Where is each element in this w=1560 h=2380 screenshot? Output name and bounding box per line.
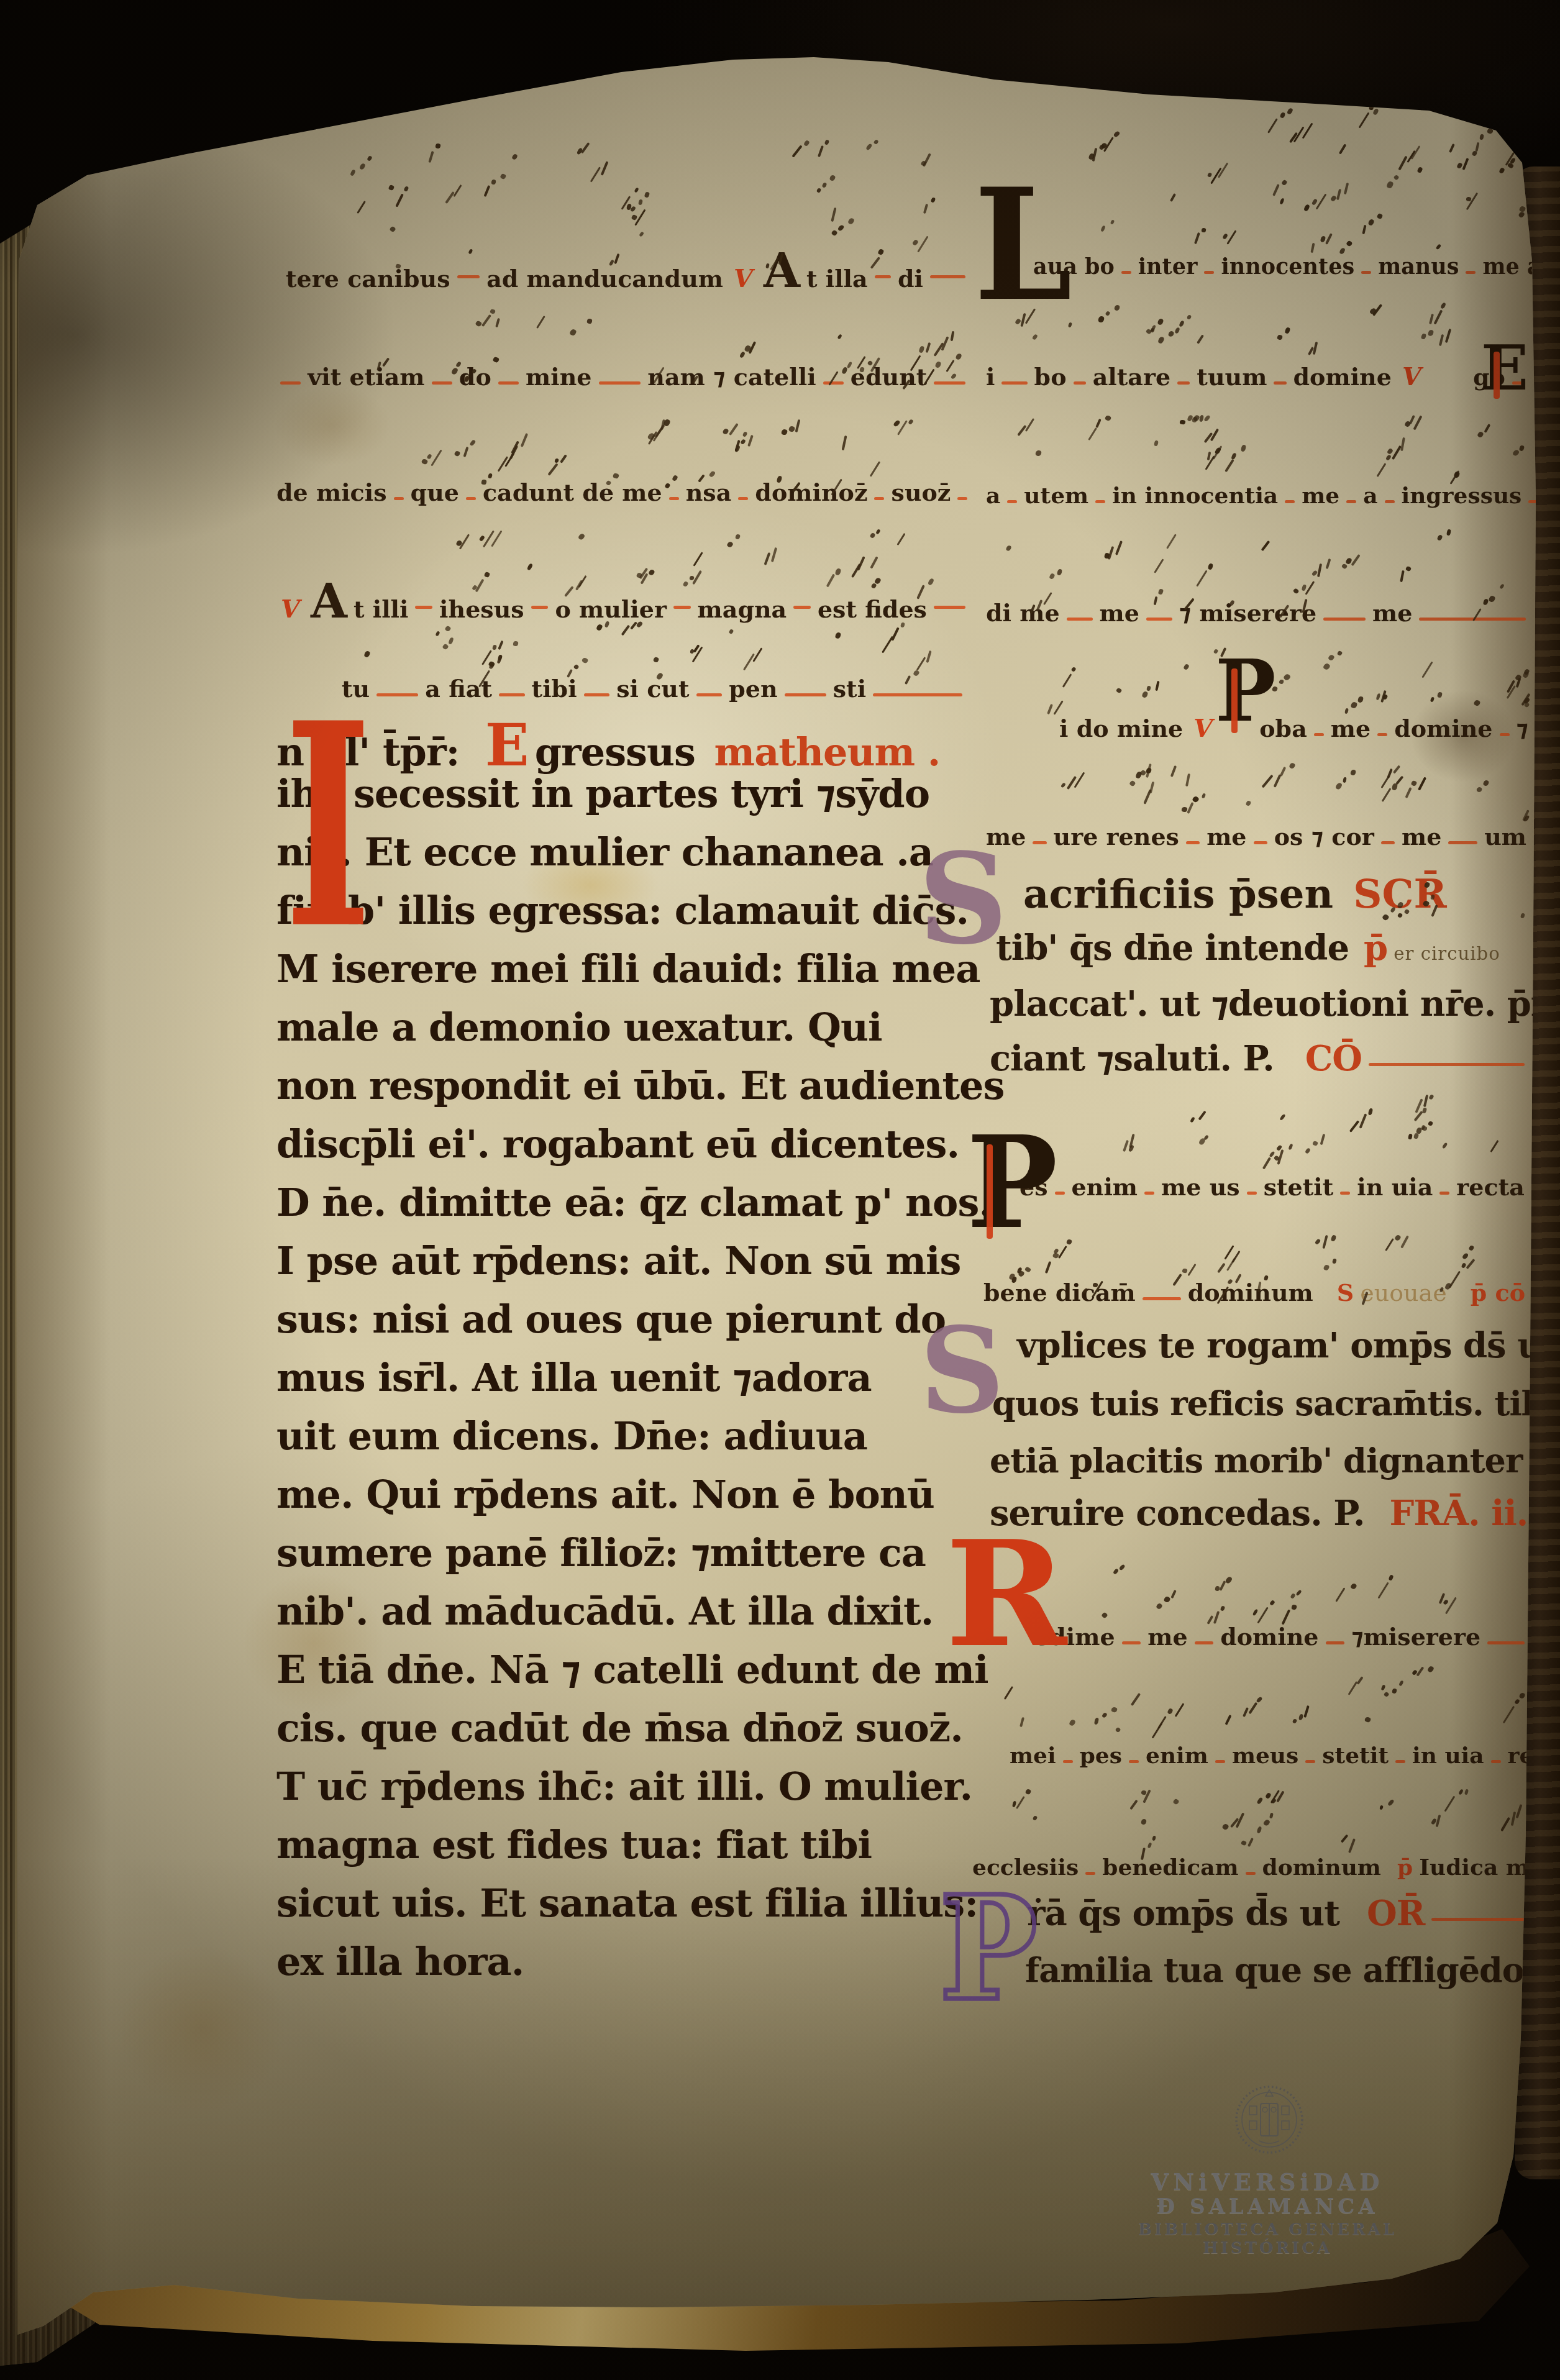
neume-mark (1344, 708, 1349, 714)
neume-mark (573, 664, 580, 670)
neume-mark (873, 139, 878, 145)
neume-mark (1348, 1838, 1356, 1853)
neume-mark (547, 463, 558, 476)
red-filler-line (1369, 1063, 1525, 1066)
neume-mark (1129, 780, 1136, 787)
neume-mark (1456, 162, 1462, 169)
neume-mark (1068, 1718, 1075, 1726)
word: I pse aūt rp̄dens: ait. Non sū mis (276, 1242, 960, 1280)
neume-mark (578, 533, 586, 541)
neume-mark (1101, 1612, 1108, 1618)
neume-mark (1241, 1840, 1247, 1846)
initial-red-stripe (1494, 352, 1500, 399)
neume-mark (1114, 304, 1120, 311)
text-line-rc11: ecclesiisbenedicamdominump̄Iudica me d̄S… (969, 1856, 1528, 1879)
neume-mark (1021, 313, 1026, 327)
neume-mark (1262, 1157, 1271, 1170)
stamp-library-name: BIBLIOTECA GENERAL HISTÓRICA (1081, 2220, 1454, 2258)
gospel-line-g14: me. Qui rp̄dens ait. Non ē bonū (273, 1475, 975, 1514)
neume-mark (726, 540, 734, 548)
neume-mark (1364, 1717, 1371, 1723)
neume-mark (1444, 1795, 1456, 1812)
neume-mark (1331, 1234, 1336, 1241)
neume-mark (1518, 1692, 1525, 1699)
neume-mark (923, 153, 931, 166)
neume-mark (1184, 598, 1195, 611)
neume-mark (1501, 108, 1505, 114)
inline-capital: A (311, 578, 347, 625)
red-filler-line (1314, 733, 1324, 736)
neume-mark (1311, 199, 1317, 206)
neume-mark (916, 657, 926, 671)
word: a (986, 485, 1000, 507)
neume-band (351, 621, 969, 677)
neume-mark (1269, 1812, 1274, 1818)
word: meus (1232, 1744, 1298, 1767)
neume-mark (1187, 802, 1193, 814)
neume-mark (481, 314, 491, 327)
neume-mark (445, 191, 455, 204)
red-filler-line (1385, 500, 1395, 503)
neume-mark (1437, 691, 1443, 698)
text-line-p2: quos tuis reficis sacram̄tis. tibi (989, 1387, 1528, 1420)
neume-mark (454, 450, 460, 457)
neume-mark (500, 173, 507, 180)
neume-mark (956, 353, 963, 361)
rubric: OR̄ (1367, 1896, 1425, 1931)
word: tib' q̄s dn̄e intende (996, 931, 1349, 965)
neume-mark (1217, 1263, 1226, 1274)
neume-mark (1323, 1235, 1328, 1249)
neume-mark (1057, 568, 1062, 575)
neume-mark (1241, 444, 1246, 452)
neume-mark (951, 331, 955, 341)
neume-mark (497, 658, 501, 664)
neume-mark (1400, 570, 1405, 583)
gospel-line-g8: discp̄li ei'. rogabant eū dicentes. (273, 1125, 975, 1164)
neume-mark (475, 320, 483, 327)
neume-mark (917, 236, 928, 253)
neume-mark (1111, 1707, 1118, 1713)
neume-mark (1513, 142, 1520, 148)
neume-mark (451, 367, 458, 375)
illuminated-initial-svplices: S (919, 1323, 1005, 1418)
neume-mark (1380, 1684, 1385, 1690)
neume-mark (1287, 107, 1293, 115)
neume-mark (1390, 906, 1396, 913)
neume-mark (1475, 142, 1479, 151)
word: me (1147, 1625, 1187, 1649)
neume-mark (1316, 563, 1321, 578)
word: pes (1080, 1744, 1122, 1767)
red-filler-line (669, 497, 679, 500)
neume-mark (1392, 783, 1398, 791)
neume-mark (1279, 679, 1284, 685)
neume-mark (614, 253, 620, 264)
neume-mark (1359, 1113, 1367, 1128)
neume-mark (1339, 144, 1347, 155)
red-filler-line (1085, 1872, 1095, 1875)
neume-mark (1166, 534, 1177, 549)
neume-mark (1047, 704, 1053, 715)
neume-mark (764, 552, 771, 565)
neume-mark (1225, 1715, 1231, 1725)
neume-mark (1449, 1271, 1461, 1288)
neume-mark (468, 248, 473, 254)
red-filler-line (1204, 271, 1214, 274)
gospel-line-g11: sus: nisi ad oues que pierunt do (273, 1300, 975, 1339)
neume-mark (1207, 172, 1213, 178)
neume-mark (1203, 414, 1211, 422)
neume-mark (1462, 158, 1469, 170)
neume-mark (1123, 1140, 1129, 1152)
red-filler-line (466, 497, 476, 500)
neume-mark (698, 475, 706, 483)
neume-mark (1113, 1568, 1119, 1575)
neume-mark (376, 361, 381, 370)
neume-mark (1158, 588, 1164, 595)
neume-mark (1413, 1133, 1419, 1140)
neume-mark (875, 529, 880, 534)
neume-mark (1129, 1800, 1138, 1810)
neume-mark (1227, 230, 1237, 244)
neume-mark (1025, 309, 1036, 324)
illuminated-initial-in-illo-tempore: I (285, 714, 372, 938)
red-filler-line (1466, 271, 1476, 274)
neume-mark (1036, 450, 1042, 457)
neume-mark (1323, 1264, 1331, 1272)
neume-mark (1387, 768, 1393, 778)
neume-mark (426, 454, 432, 460)
neume-mark (1256, 1696, 1263, 1703)
neume-mark (1044, 1261, 1051, 1274)
word: de micis (276, 481, 387, 504)
neume-mark (1154, 559, 1164, 573)
neume-mark (481, 479, 486, 485)
red-filler-line (1381, 841, 1395, 844)
neume-mark (567, 669, 573, 678)
neume-mark (404, 186, 409, 191)
word: tibi (532, 677, 577, 701)
neume-mark (946, 360, 955, 372)
neume-mark (1477, 431, 1484, 439)
word: i do mine (1059, 717, 1183, 741)
neume-mark (926, 342, 931, 353)
neume-mark (1265, 1792, 1271, 1799)
neume-mark (1428, 329, 1435, 337)
neume-mark (1480, 134, 1485, 140)
word: domine (1394, 717, 1492, 741)
text-line-lc5: tua fiattibisi cutpensti (339, 677, 966, 701)
neume-mark (1196, 570, 1207, 586)
gospel-line-g5: M iserere mei fili dauid: filia mea (273, 950, 975, 988)
neume-mark (821, 182, 827, 188)
neume-mark (586, 318, 592, 324)
neume-mark (1199, 415, 1204, 422)
neume-mark (1315, 1238, 1321, 1245)
neume-mark (492, 644, 497, 650)
neume-mark (739, 351, 746, 358)
red-filler-line (1129, 1760, 1139, 1763)
neume-mark (1421, 333, 1426, 340)
neume-mark (488, 473, 493, 478)
neume-mark (1267, 118, 1278, 133)
red-filler-line (1323, 618, 1366, 621)
neume-mark (582, 657, 589, 665)
word: me us (1161, 1175, 1240, 1199)
neume-band (997, 1789, 1528, 1848)
parchment-stain (118, 1945, 286, 2112)
text-line-rc3: autemin innocentiameaingressussum re (983, 485, 1528, 507)
neume-mark (1351, 1583, 1358, 1590)
neume-mark (1362, 224, 1366, 234)
neume-mark (1003, 1686, 1013, 1700)
neume-mark (1516, 1804, 1523, 1819)
neume-mark (1213, 649, 1219, 654)
neume-mark (513, 641, 518, 647)
neume-mark (1270, 1798, 1277, 1804)
neume-mark (1289, 762, 1295, 770)
neume-mark (1016, 1796, 1025, 1809)
neume-mark (803, 140, 810, 147)
neume-mark (1400, 1235, 1409, 1248)
neume-mark (435, 631, 440, 637)
neume-mark (1284, 327, 1290, 334)
neume-mark (1298, 1713, 1304, 1721)
neume-mark (1225, 1576, 1233, 1584)
neume-mark (1110, 220, 1115, 225)
word: t illi (354, 598, 409, 621)
neume-mark (1379, 1805, 1384, 1810)
word: in innocentia (1112, 485, 1278, 507)
red-filler-line (1246, 1872, 1256, 1875)
neume-mark (870, 556, 878, 568)
rubric: p̄ (1364, 931, 1387, 965)
neume-mark (870, 357, 880, 372)
red-filler-line (1431, 1918, 1525, 1921)
manuscript-photo: tere canibusad manducandumVAt illadivit … (0, 0, 1560, 2380)
gospel-line-g19: T uc̄ rp̄dens ihc̄: ait illi. O mulier. (273, 1767, 975, 1806)
red-filler-line (1247, 1192, 1257, 1195)
word: o mulier (555, 598, 666, 621)
word: t illa (806, 267, 868, 291)
neume-mark (621, 624, 630, 636)
red-filler-line (432, 381, 452, 385)
versicle-mark: V (1193, 717, 1213, 742)
neume-mark (795, 419, 801, 432)
word: nib'. ad māducādū. At illa dixit. (276, 1592, 933, 1631)
neume-mark (1096, 419, 1102, 428)
gospel-line-g9: D n̄e. dimitte eā: q̄z clamat p' nos. (273, 1183, 975, 1222)
word: ṙā q̄s omp̄s d̄s ut (1027, 1896, 1339, 1931)
neume-mark (1194, 232, 1200, 244)
neume-mark (1385, 1238, 1394, 1251)
neume-mark (1281, 1609, 1290, 1625)
neume-mark (1153, 596, 1157, 606)
neume-band (1103, 1095, 1528, 1157)
text-line-rc5: i do mineVobamedomine⁊ tempta (1056, 717, 1527, 742)
neume-mark (1261, 775, 1273, 788)
neume-mark (1172, 1274, 1182, 1287)
neume-band (1010, 647, 1528, 706)
neume-mark (1423, 1095, 1428, 1108)
neume-mark (1446, 529, 1451, 536)
neume-mark (1183, 663, 1189, 670)
red-filler-line (1254, 841, 1267, 844)
neume-mark (1336, 189, 1341, 201)
neume-mark (1025, 418, 1034, 432)
word: M iserere mei fili dauid: filia mea (276, 950, 980, 988)
neume-mark (878, 248, 884, 255)
neume-mark (613, 473, 619, 479)
neume-mark (931, 197, 936, 203)
neume-mark (847, 361, 852, 368)
neume-mark (1141, 1818, 1147, 1825)
word: tuum (1197, 365, 1267, 389)
neume-mark (1408, 1133, 1412, 1139)
inline-red-initial: E (465, 716, 528, 774)
word: in uia (1357, 1175, 1433, 1199)
neume-mark (723, 428, 729, 435)
word: dominum (1262, 1856, 1381, 1879)
neume-mark (1418, 777, 1426, 791)
neume-mark (1213, 1610, 1220, 1624)
neume-mark (1413, 1111, 1423, 1122)
word: etiā placitis morib' dignanter de (990, 1444, 1560, 1477)
red-filler-line (1146, 618, 1172, 621)
neume-mark (771, 547, 777, 562)
neume-mark (743, 654, 755, 671)
red-filler-line (1395, 1760, 1405, 1763)
neume-mark (1312, 1141, 1318, 1146)
neume-mark (869, 461, 880, 476)
text-line-rc9: edimemedomine⁊miserere (1031, 1625, 1528, 1649)
neume-mark (1142, 691, 1149, 698)
neume-mark (1291, 1604, 1297, 1610)
neume-mark (900, 622, 905, 627)
neume-mark (1357, 696, 1364, 703)
neume-mark (511, 153, 518, 160)
neume-mark (1440, 303, 1446, 310)
neume-mark (824, 139, 829, 145)
neume-mark (1154, 440, 1159, 446)
red-filler-line (934, 606, 965, 609)
neume-band (351, 529, 969, 588)
neume-mark (470, 439, 477, 446)
neume-mark (1330, 195, 1337, 202)
neume-mark (867, 360, 873, 367)
neume-mark (1431, 894, 1435, 900)
neume-mark (1518, 211, 1525, 219)
word: tere canibus (286, 267, 450, 291)
neume-mark (634, 187, 639, 193)
word: E tiā dn̄e. Nā ⁊ catelli edunt de mi (276, 1651, 988, 1689)
neume-mark (1498, 167, 1505, 174)
neume-mark (1280, 198, 1285, 204)
rubric: matheum . (714, 733, 941, 772)
neume-mark (1388, 1799, 1395, 1806)
neume-mark (1036, 600, 1043, 611)
neume-mark (1396, 775, 1404, 785)
gospel-line-g4: finib' illis egressa: clamauit dic̄s. (273, 891, 975, 930)
word: a (1363, 485, 1377, 507)
word: bo (1034, 365, 1067, 389)
neume-mark (364, 650, 371, 658)
rubric: FRĀ. ii. (1389, 1496, 1528, 1531)
neume-mark (1263, 1819, 1270, 1826)
red-filler-line (599, 381, 641, 385)
word: me (1302, 485, 1339, 507)
neume-mark (1292, 1718, 1298, 1724)
word: os ⁊ cor (1274, 825, 1374, 849)
neume-mark (644, 192, 650, 198)
neume-mark (1156, 1602, 1163, 1610)
neume-mark (1392, 1688, 1397, 1694)
neume-mark (1356, 1676, 1364, 1685)
neume-mark (1302, 584, 1307, 591)
versicle-mark: V (1402, 365, 1421, 390)
neume-mark (1092, 148, 1098, 162)
neume-mark (1439, 334, 1444, 347)
neume-mark (445, 625, 452, 632)
word: sus: nisi ad oues que pierunt do (276, 1300, 946, 1339)
neume-mark (1488, 595, 1495, 603)
neume-mark (1220, 1580, 1226, 1591)
neume-mark (826, 574, 836, 588)
red-filler-line (1177, 381, 1190, 385)
neume-mark (1220, 1605, 1225, 1611)
neume-mark (1430, 696, 1435, 702)
neume-mark (590, 166, 601, 182)
rubric: CŌ (1305, 1041, 1362, 1076)
red-filler-line (1305, 1760, 1315, 1763)
neume-mark (1469, 1245, 1475, 1251)
neume-mark (1074, 772, 1085, 788)
neume-mark (1115, 1726, 1121, 1733)
neume-mark (1280, 766, 1287, 776)
neume-mark (435, 143, 441, 149)
neume-mark (1323, 662, 1331, 670)
word: discp̄li ei'. rogabant eū dicentes. (276, 1125, 959, 1164)
neume-band (370, 304, 969, 376)
neume-mark (1222, 233, 1228, 240)
neume-mark (1152, 1836, 1156, 1841)
neume-mark (866, 143, 873, 150)
neume-mark (841, 367, 847, 374)
neume-mark (638, 199, 643, 205)
neume-mark (569, 328, 577, 336)
gospel-line-g13: uit eum dicens. Dn̄e: adiuua (273, 1417, 975, 1456)
neume-mark (1332, 1259, 1336, 1264)
red-filler-line (1186, 841, 1200, 844)
neume-mark (453, 185, 462, 197)
red-filler-line (1007, 500, 1017, 503)
neume-mark (1335, 1587, 1345, 1602)
neume-mark (359, 163, 366, 170)
neume-mark (1472, 150, 1478, 157)
neume-mark (1192, 416, 1198, 423)
neume-mark (837, 224, 845, 232)
neume-mark (777, 475, 782, 483)
word: vplices te rogam' omp̄s ds̄ ut (1017, 1328, 1558, 1363)
neume-mark (1005, 545, 1012, 552)
neume-mark (1100, 226, 1106, 232)
neume-mark (1519, 445, 1525, 451)
red-filler-line (673, 606, 691, 609)
word: mus isr̄l. At illa uenit ⁊adora (276, 1359, 872, 1397)
neume-mark (1377, 213, 1383, 219)
neume-mark (1374, 102, 1380, 108)
